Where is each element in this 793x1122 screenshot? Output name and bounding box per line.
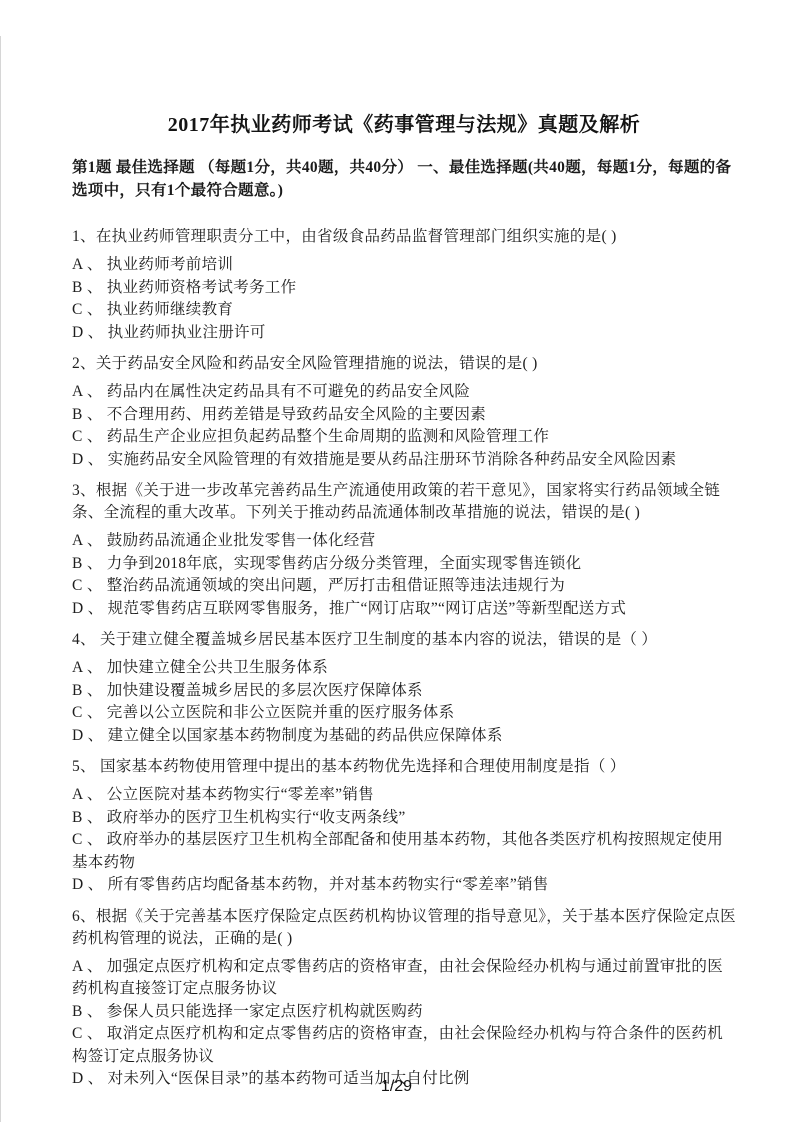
question-option-a: A 、 加强定点医疗机构和定点零售药店的资格审查，由社会保险经办机构与通过前置审…	[72, 956, 736, 1001]
question-block-1: 1、在执业药师管理职责分工中，由省级食品药品监督管理部门组织实施的是( ) A …	[72, 226, 736, 344]
question-option-a: A 、 执业药师考前培训	[72, 254, 736, 277]
question-block-5: 5、 国家基本药物使用管理中提出的基本药物优先选择和合理使用制度是指（ ） A …	[72, 756, 736, 897]
question-option-d: D 、 实施药品安全风险管理的有效措施是要从药品注册环节消除各种药品安全风险因素	[72, 449, 736, 472]
document-page: 2017年执业药师考试《药事管理与法规》真题及解析 第1题 最佳选择题 （每题1…	[0, 0, 793, 1122]
question-option-a: A 、 鼓励药品流通企业批发零售一体化经营	[72, 530, 736, 553]
question-option-b: B 、 执业药师资格考试考务工作	[72, 277, 736, 300]
question-option-c: C 、 取消定点医疗机构和定点零售药店的资格审查，由社会保险经办机构与符合条件的…	[72, 1023, 736, 1068]
question-option-d: D 、 规范零售药店互联网零售服务，推广“网订店取”“网订店送”等新型配送方式	[72, 598, 736, 621]
scan-edge-artifact	[0, 36, 1, 1122]
question-option-a: A 、 公立医院对基本药物实行“零差率”销售	[72, 784, 736, 807]
question-option-d: D 、 所有零售药店均配备基本药物，并对基本药物实行“零差率”销售	[72, 874, 736, 897]
question-option-d: D 、 执业药师执业注册许可	[72, 322, 736, 345]
document-title: 2017年执业药师考试《药事管理与法规》真题及解析	[72, 112, 736, 138]
question-block-3: 3、根据《关于进一步改革完善药品生产流通使用政策的若干意见》，国家将实行药品领域…	[72, 480, 736, 620]
question-option-b: B 、 加快建设覆盖城乡居民的多层次医疗保障体系	[72, 680, 736, 703]
question-option-b: B 、 参保人员只能选择一家定点医疗机构就医购药	[72, 1001, 736, 1024]
question-stem: 1、在执业药师管理职责分工中，由省级食品药品监督管理部门组织实施的是( )	[72, 226, 736, 248]
question-stem: 2、关于药品安全风险和药品安全风险管理措施的说法，错误的是( )	[72, 353, 736, 375]
question-block-6: 6、根据《关于完善基本医疗保险定点医药机构协议管理的指导意见》，关于基本医疗保险…	[72, 906, 736, 1091]
question-option-b: B 、 政府举办的医疗卫生机构实行“收支两条线”	[72, 807, 736, 830]
question-stem: 4、 关于建立健全覆盖城乡居民基本医疗卫生制度的基本内容的说法，错误的是（ ）	[72, 629, 736, 651]
question-option-c: C 、 完善以公立医院和非公立医院并重的医疗服务体系	[72, 702, 736, 725]
question-option-b: B 、 力争到2018年底，实现零售药店分级分类管理，全面实现零售连锁化	[72, 553, 736, 576]
question-stem: 5、 国家基本药物使用管理中提出的基本药物优先选择和合理使用制度是指（ ）	[72, 756, 736, 778]
page-number: 1/29	[0, 1078, 793, 1096]
question-option-a: A 、 药品内在属性决定药品具有不可避免的药品安全风险	[72, 381, 736, 404]
question-option-b: B 、 不合理用药、用药差错是导致药品安全风险的主要因素	[72, 404, 736, 427]
question-option-d: D 、 建立健全以国家基本药物制度为基础的药品供应保障体系	[72, 725, 736, 748]
question-stem: 3、根据《关于进一步改革完善药品生产流通使用政策的若干意见》，国家将实行药品领域…	[72, 480, 736, 524]
question-option-c: C 、 政府举办的基层医疗卫生机构全部配备和使用基本药物，其他各类医疗机构按照规…	[72, 829, 736, 874]
question-option-c: C 、 药品生产企业应担负起药品整个生命周期的监测和风险管理工作	[72, 426, 736, 449]
section-intro: 第1题 最佳选择题 （每题1分，共40题，共40分） 一、最佳选择题(共40题，…	[72, 156, 736, 202]
question-stem: 6、根据《关于完善基本医疗保险定点医药机构协议管理的指导意见》，关于基本医疗保险…	[72, 906, 736, 950]
question-option-c: C 、 整治药品流通领域的突出问题，严厉打击租借证照等违法违规行为	[72, 575, 736, 598]
question-option-c: C 、 执业药师继续教育	[72, 299, 736, 322]
question-block-2: 2、关于药品安全风险和药品安全风险管理措施的说法，错误的是( ) A 、 药品内…	[72, 353, 736, 471]
question-option-a: A 、 加快建立健全公共卫生服务体系	[72, 657, 736, 680]
question-block-4: 4、 关于建立健全覆盖城乡居民基本医疗卫生制度的基本内容的说法，错误的是（ ） …	[72, 629, 736, 747]
